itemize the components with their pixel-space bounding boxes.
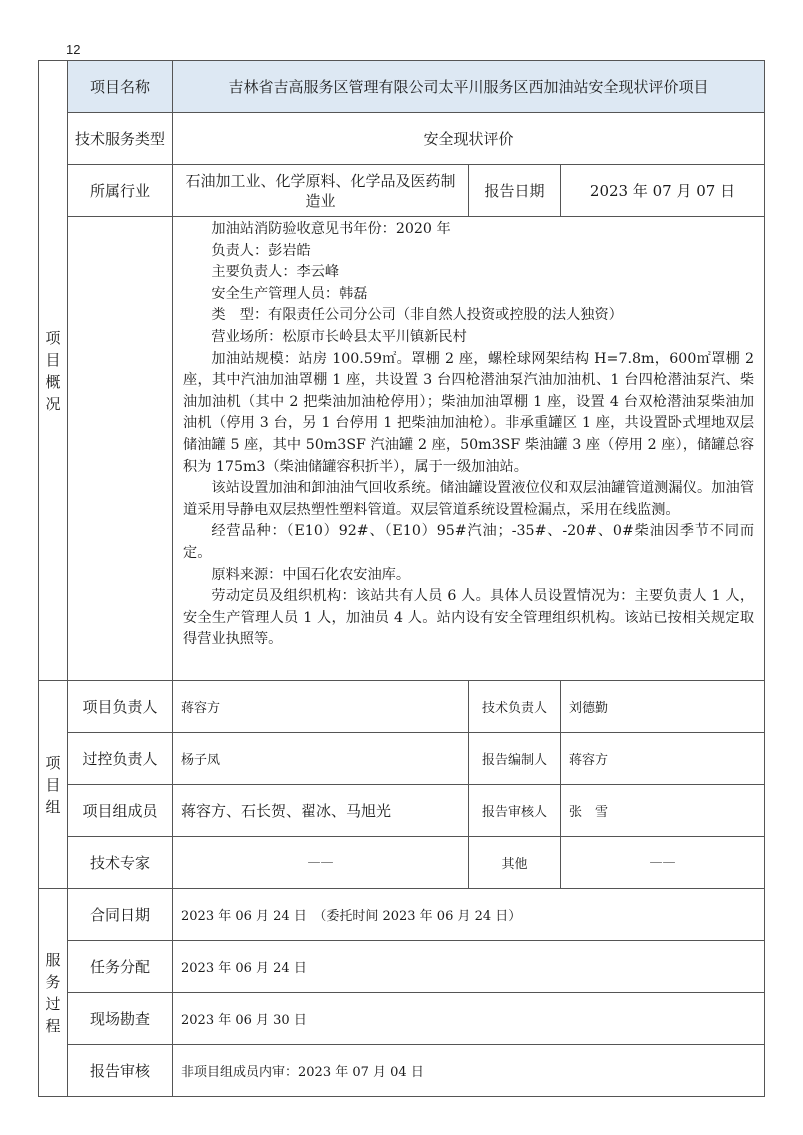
description-paragraph: 负责人：彭岩皓	[183, 241, 754, 263]
team-value-2: 刘德勤	[561, 681, 765, 733]
group-char: 目	[39, 349, 67, 371]
service-type-row: 技术服务类型 安全现状评价	[39, 113, 765, 165]
group-char: 服	[39, 949, 67, 971]
process-label: 现场勘查	[68, 993, 173, 1045]
description-paragraph: 劳动定员及组织机构：该站共有人员 6 人。具体人员设置情况为：主要负责人 1 人…	[183, 586, 754, 651]
process-label: 合同日期	[68, 889, 173, 941]
process-value: 2023 年 06 月 24 日 （委托时间 2023 年 06 月 24 日）	[173, 889, 765, 941]
group-char: 况	[39, 393, 67, 415]
team-label-2: 报告编制人	[469, 733, 561, 785]
team-value: ——	[173, 837, 469, 889]
team-group-label: 项 目 组	[39, 681, 68, 889]
team-value: 杨子凤	[173, 733, 469, 785]
process-row: 任务分配 2023 年 06 月 24 日	[39, 941, 765, 993]
description-paragraph: 原料来源：中国石化农安油库。	[183, 565, 754, 587]
team-row: 技术专家 —— 其他 ——	[39, 837, 765, 889]
description-paragraph: 营业场所：松原市长岭县太平川镇新民村	[183, 327, 754, 349]
group-char: 程	[39, 1015, 67, 1037]
process-value: 2023 年 06 月 30 日	[173, 993, 765, 1045]
industry-value: 石油加工业、化学原料、化学品及医药制造业	[173, 165, 469, 217]
team-label: 项目负责人	[68, 681, 173, 733]
team-value-2: ——	[561, 837, 765, 889]
industry-row: 所属行业 石油加工业、化学原料、化学品及医药制造业 报告日期 2023 年 07…	[39, 165, 765, 217]
description-paragraph: 该站设置加油和卸油油气回收系统。储油罐设置液位仪和双层油罐管道测漏仪。加油管道采…	[183, 478, 754, 521]
team-label-2: 其他	[469, 837, 561, 889]
team-value-2: 张 雪	[561, 785, 765, 837]
group-char: 项	[39, 327, 67, 349]
team-row: 项目组成员 蒋容方、石长贺、翟冰、马旭光 报告审核人 张 雪	[39, 785, 765, 837]
overview-group-label: 项 目 概 况	[39, 61, 68, 681]
team-label: 项目组成员	[68, 785, 173, 837]
process-label: 报告审核	[68, 1045, 173, 1097]
report-date-value: 2023 年 07 月 07 日	[561, 165, 765, 217]
service-type-value: 安全现状评价	[173, 113, 765, 165]
description-row: 加油站消防验收意见书年份：2020 年 负责人：彭岩皓 主要负责人：李云峰 安全…	[39, 217, 765, 681]
team-row: 项 目 组 项目负责人 蒋容方 技术负责人 刘德勤	[39, 681, 765, 733]
report-date-label: 报告日期	[469, 165, 561, 217]
description-paragraph: 安全生产管理人员：韩磊	[183, 284, 754, 306]
project-name-row: 项 目 概 况 项目名称 吉林省吉高服务区管理有限公司太平川服务区西加油站安全现…	[39, 61, 765, 113]
description-paragraph: 主要负责人：李云峰	[183, 262, 754, 284]
process-value: 2023 年 06 月 24 日	[173, 941, 765, 993]
description-paragraph: 类 型：有限责任公司分公司（非自然人投资或控股的法人独资）	[183, 305, 754, 327]
description-paragraph: 加油站消防验收意见书年份：2020 年	[183, 219, 754, 241]
process-group-label: 服 务 过 程	[39, 889, 68, 1097]
project-name-label: 项目名称	[68, 61, 173, 113]
team-label-2: 报告审核人	[469, 785, 561, 837]
group-char: 概	[39, 371, 67, 393]
team-value: 蒋容方、石长贺、翟冰、马旭光	[173, 785, 469, 837]
process-row: 服 务 过 程 合同日期 2023 年 06 月 24 日 （委托时间 2023…	[39, 889, 765, 941]
team-row: 过控负责人 杨子凤 报告编制人 蒋容方	[39, 733, 765, 785]
description-paragraph: 经营品种：（E10）92#、（E10）95#汽油；-35#、-20#、0#柴油因…	[183, 521, 754, 564]
project-description: 加油站消防验收意见书年份：2020 年 负责人：彭岩皓 主要负责人：李云峰 安全…	[173, 217, 765, 681]
team-label-2: 技术负责人	[469, 681, 561, 733]
group-char: 务	[39, 971, 67, 993]
service-type-label: 技术服务类型	[68, 113, 173, 165]
team-value: 蒋容方	[173, 681, 469, 733]
process-row: 报告审核 非项目组成员内审：2023 年 07 月 04 日	[39, 1045, 765, 1097]
group-char: 组	[39, 796, 67, 818]
process-row: 现场勘查 2023 年 06 月 30 日	[39, 993, 765, 1045]
group-char: 过	[39, 993, 67, 1015]
industry-label: 所属行业	[68, 165, 173, 217]
team-label: 技术专家	[68, 837, 173, 889]
process-value: 非项目组成员内审：2023 年 07 月 04 日	[173, 1045, 765, 1097]
group-char: 目	[39, 774, 67, 796]
team-value-2: 蒋容方	[561, 733, 765, 785]
description-spacer	[68, 217, 173, 681]
description-paragraph: 加油站规模：站房 100.59㎡。罩棚 2 座，螺栓球网架结构 H=7.8m，6…	[183, 349, 754, 479]
page-number: 12	[66, 42, 80, 57]
process-label: 任务分配	[68, 941, 173, 993]
project-name-value: 吉林省吉高服务区管理有限公司太平川服务区西加油站安全现状评价项目	[173, 61, 765, 113]
group-char: 项	[39, 752, 67, 774]
project-info-table: 项 目 概 况 项目名称 吉林省吉高服务区管理有限公司太平川服务区西加油站安全现…	[38, 60, 765, 1097]
team-label: 过控负责人	[68, 733, 173, 785]
